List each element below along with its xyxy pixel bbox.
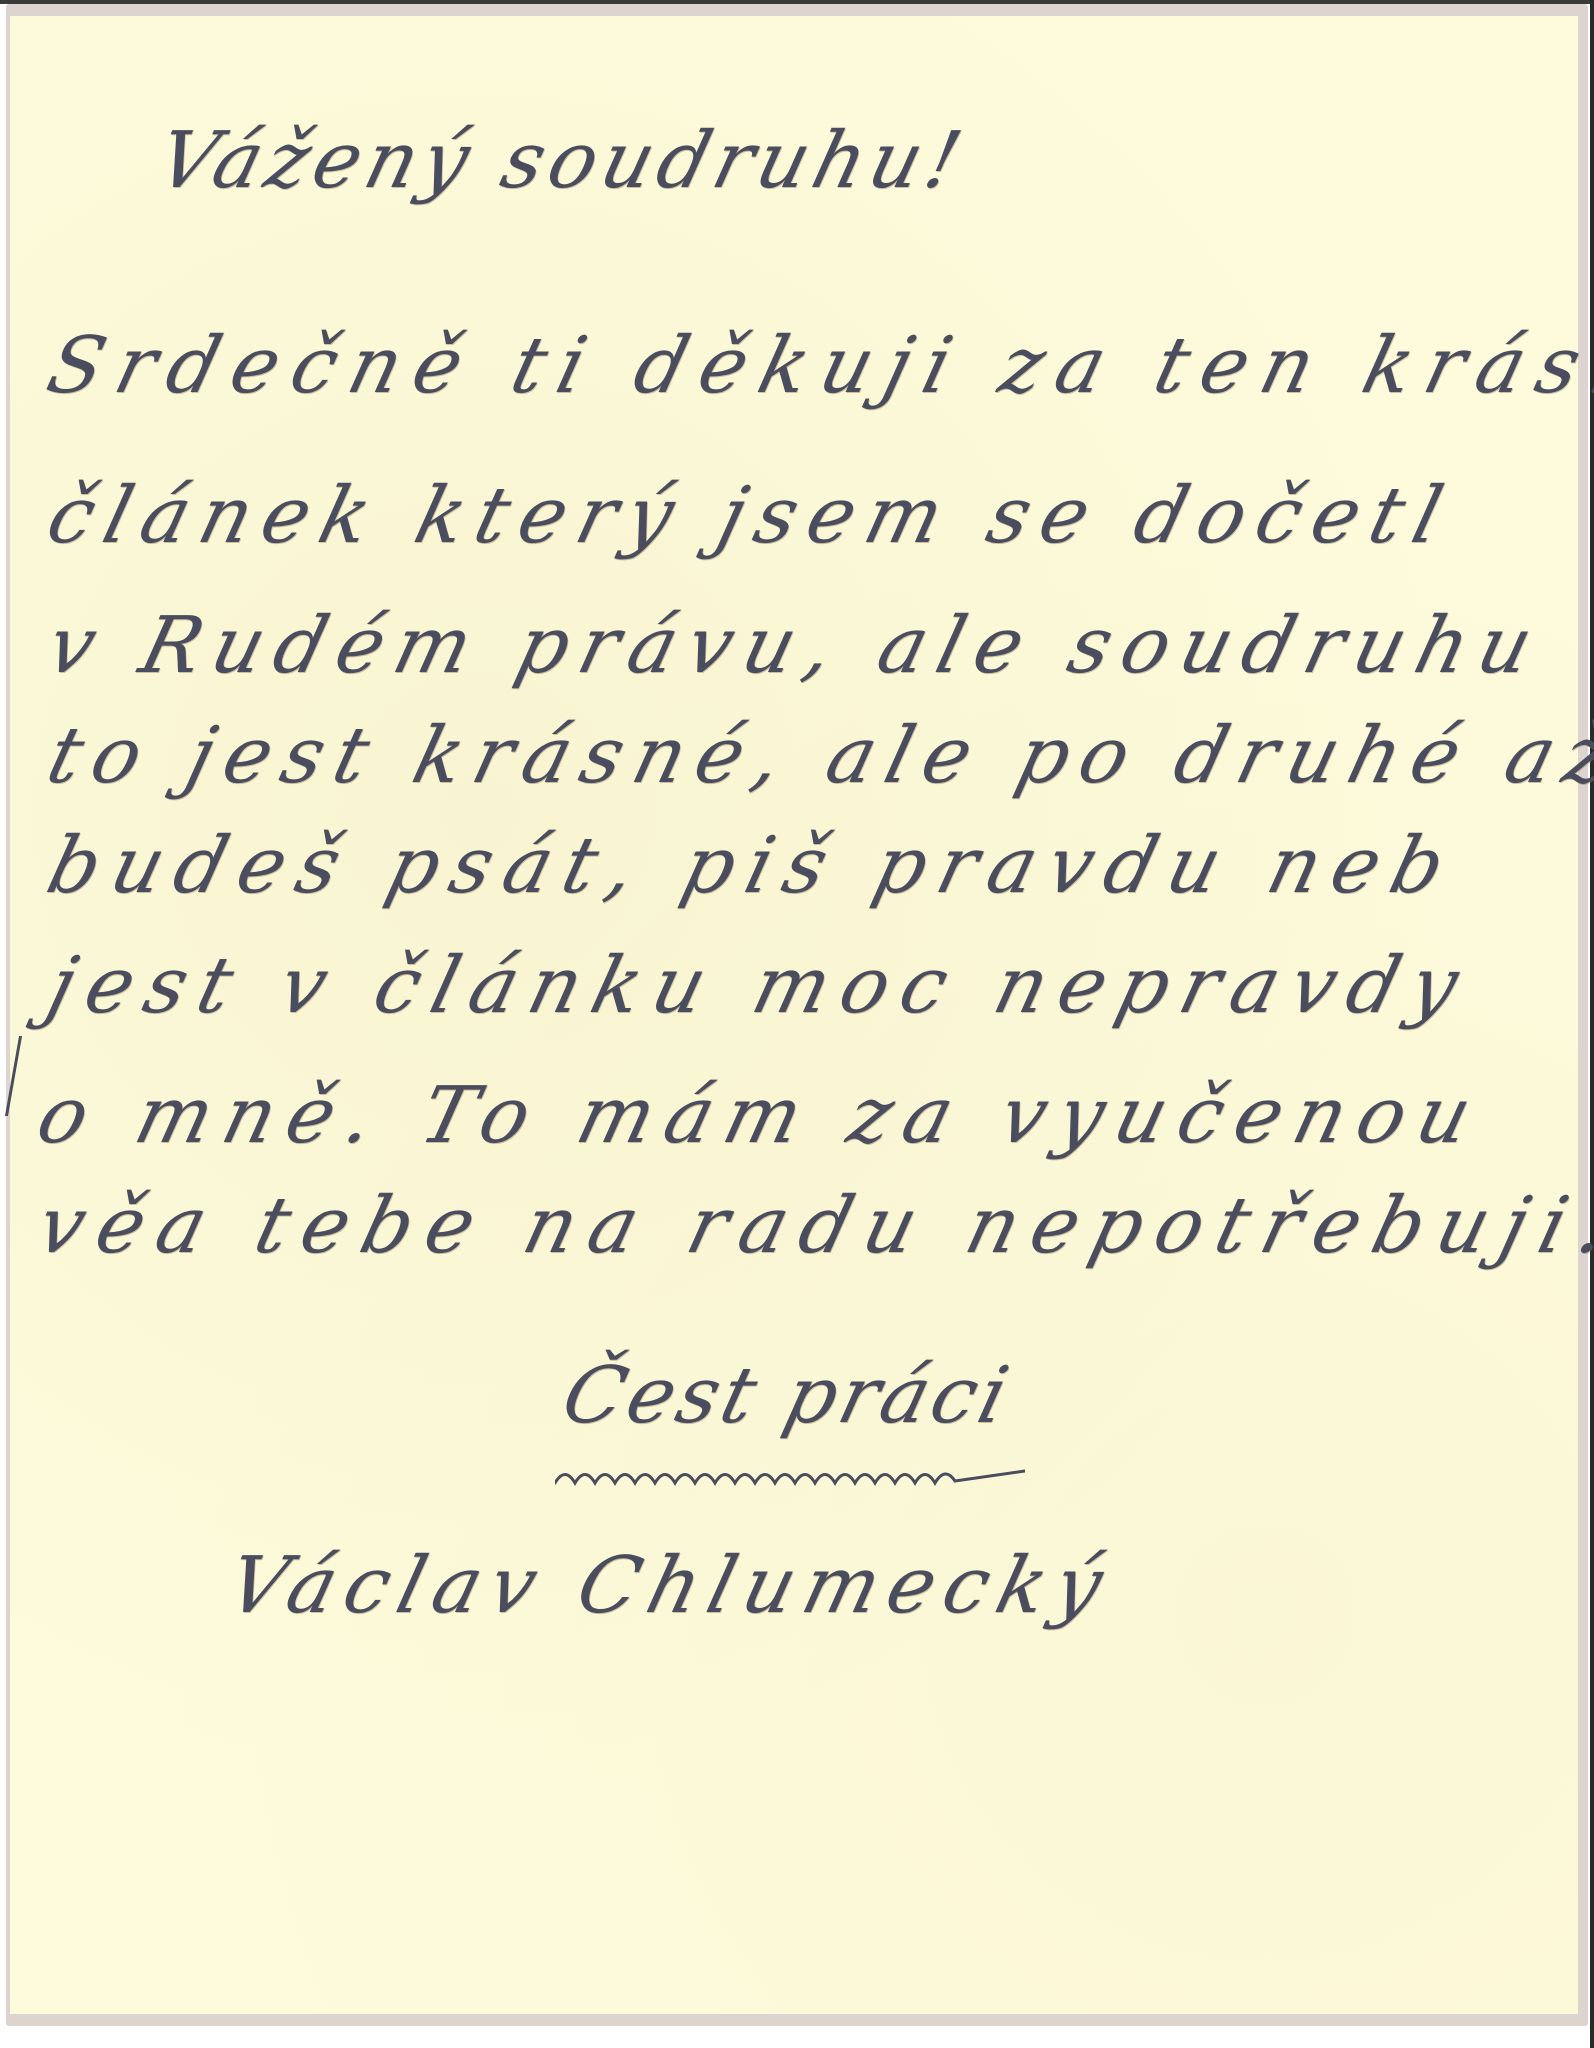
scanner-right-shadow — [1590, 0, 1594, 2048]
scan-frame: Vážený soudruhu! Srdečně ti děkuji za te… — [0, 0, 1594, 2048]
letter-closing: Čest práci — [554, 1351, 1021, 1441]
letter-body-line: věa tebe na radu nepotřebuji. — [29, 1181, 1594, 1271]
letter-body-line: to jest krásné, ale po druhé až — [39, 711, 1594, 801]
letter-body-line: o mně. To mám za vyučenou — [29, 1071, 1493, 1161]
letter-body-line: jest v článku moc nepravdy — [39, 941, 1480, 1031]
letter-body-line: v Rudém právu, ale soudruhu — [39, 601, 1553, 691]
letter-body-line: budeš psát, piš pravdu neb — [39, 821, 1467, 911]
letter-salutation: Vážený soudruhu! — [149, 116, 976, 206]
letter-paper: Vážený soudruhu! Srdečně ti děkuji za te… — [10, 16, 1578, 2014]
letter-body-line: Srdečně ti děkuji za ten krásný — [39, 321, 1594, 411]
letter-body-line: článek který jsem se dočetl — [39, 471, 1463, 561]
letter-signature: Václav Chlumecký — [219, 1541, 1121, 1631]
letter-content: Vážený soudruhu! Srdečně ti děkuji za te… — [10, 16, 1578, 2014]
wavy-underline-flourish — [555, 1461, 1025, 1491]
